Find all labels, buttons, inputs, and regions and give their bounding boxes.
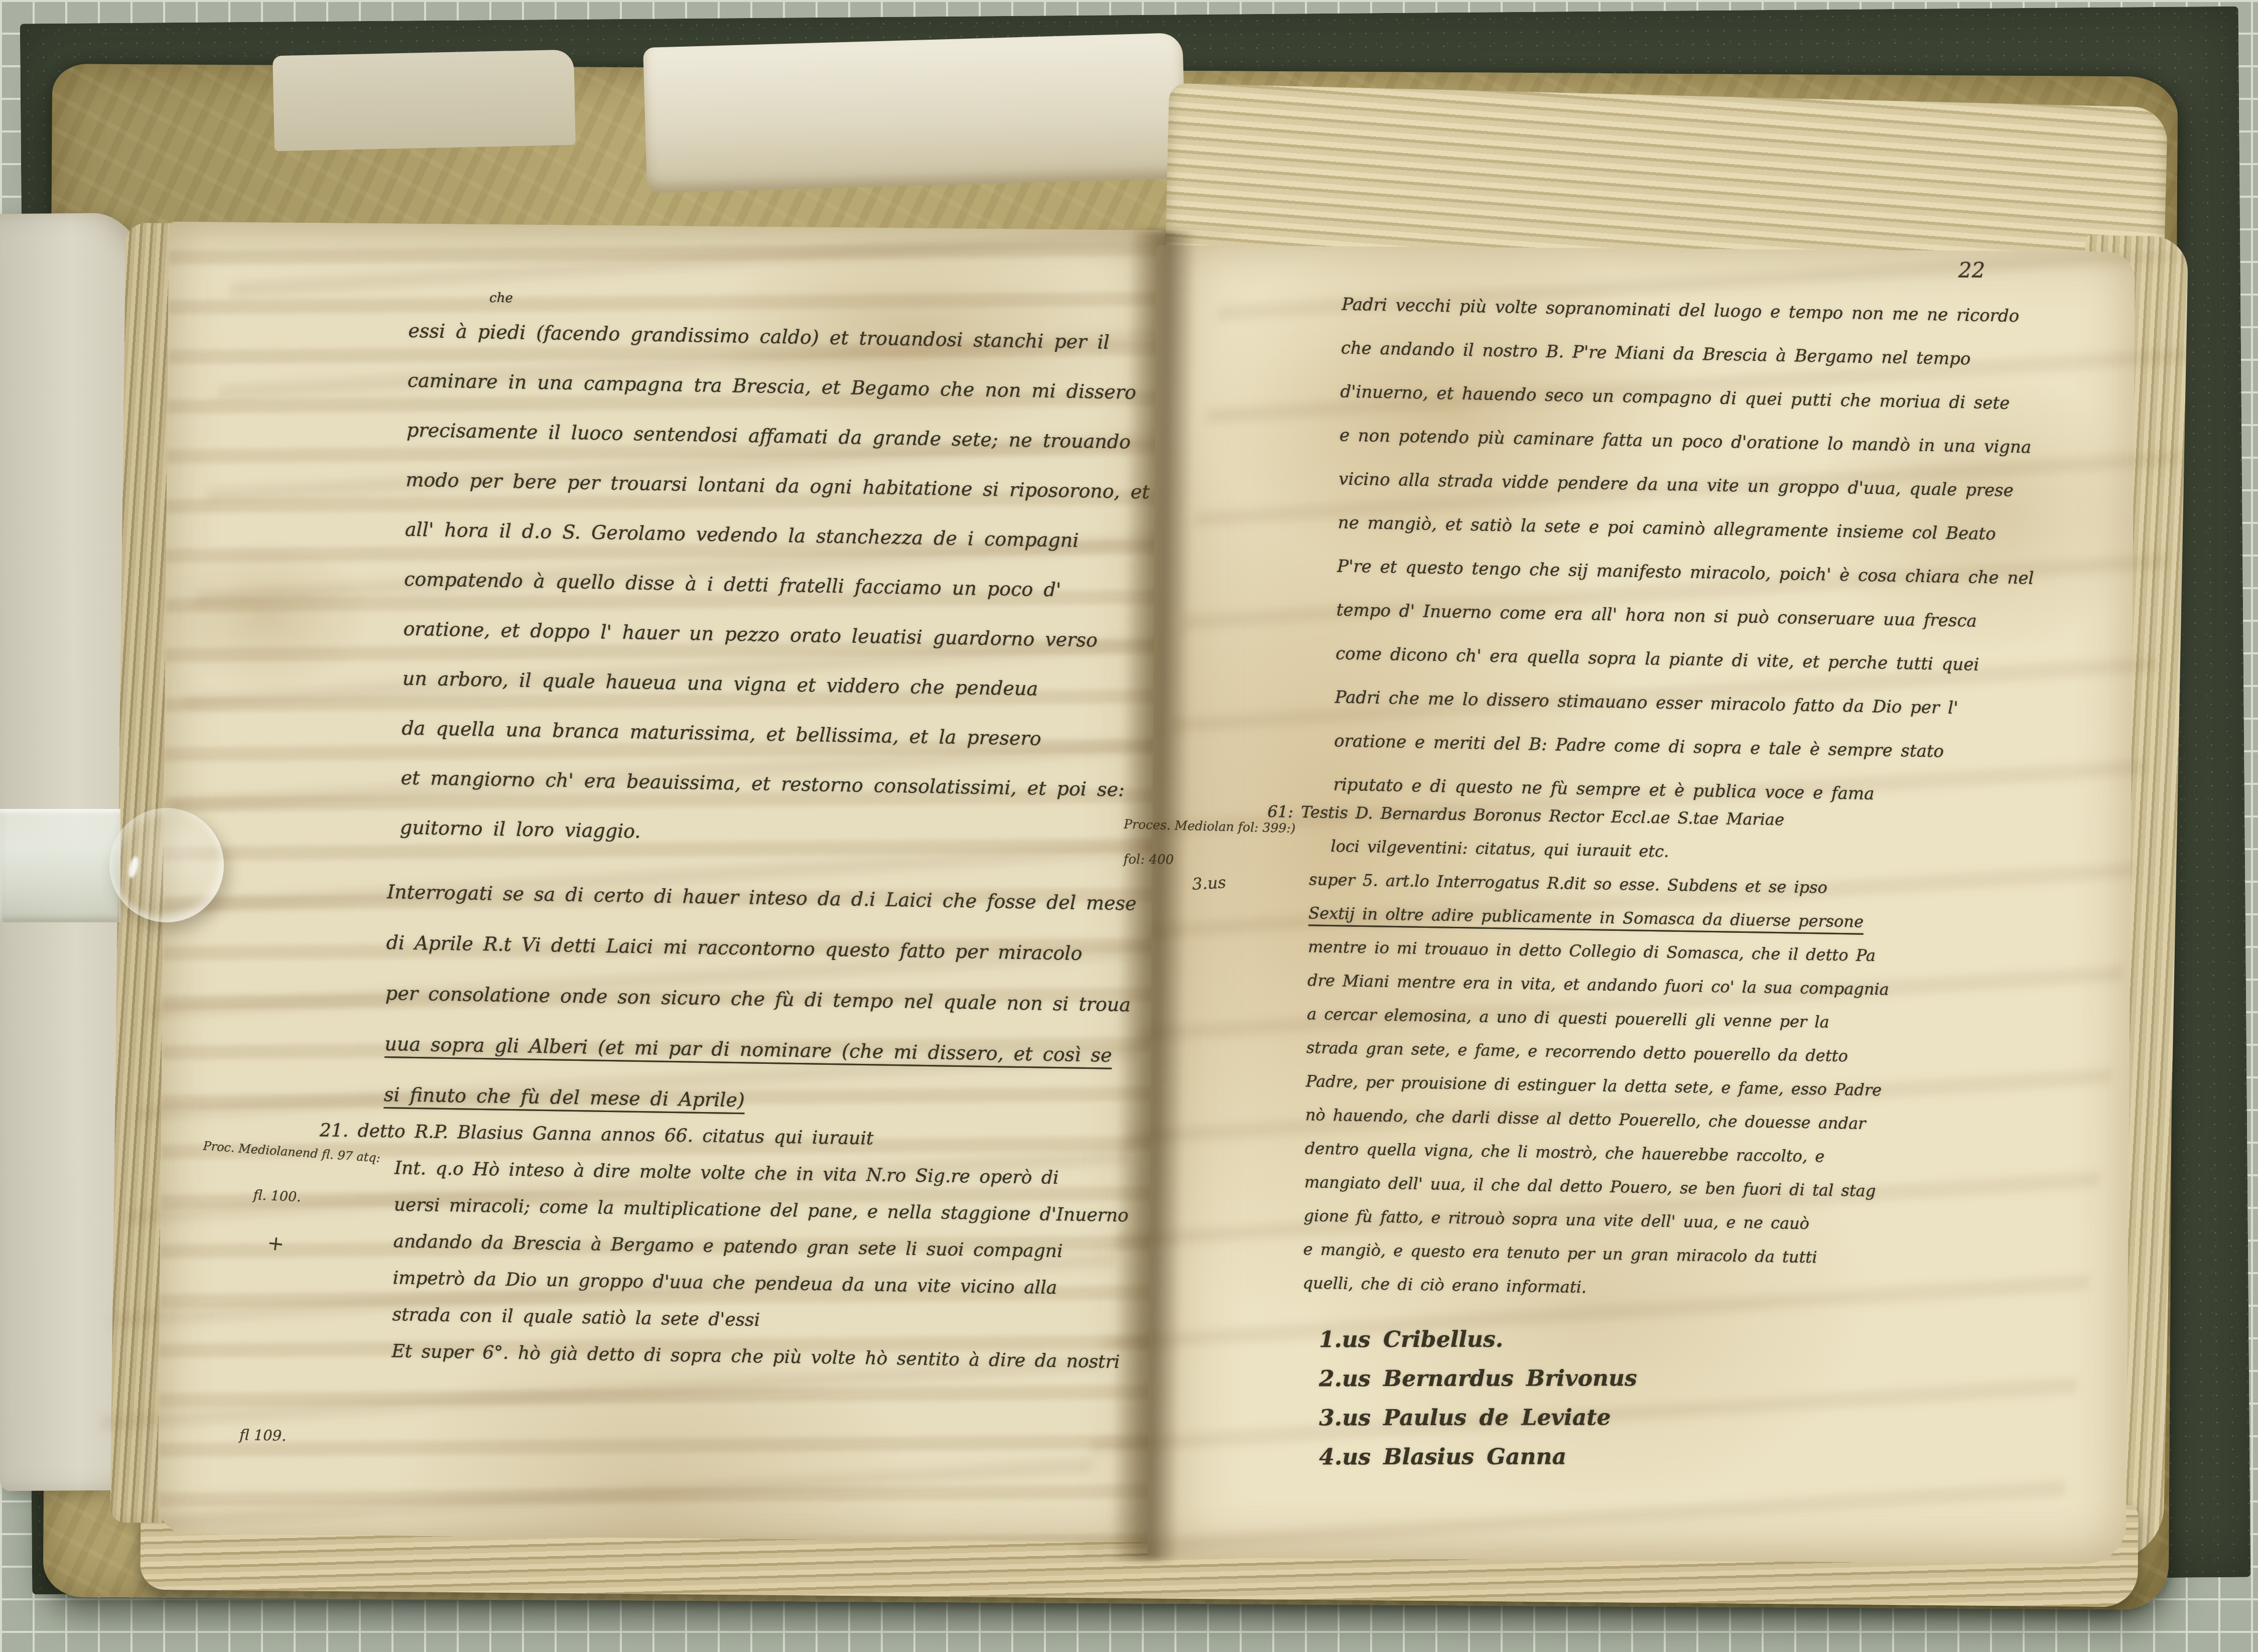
margin-note-fl-100: fl. 100. bbox=[253, 1187, 302, 1205]
signature-line: 2.us Bernardus Brivonus bbox=[1319, 1359, 1637, 1399]
signature-line: 4.us Blasius Ganna bbox=[1319, 1437, 1637, 1477]
witness-signatures: 1.us Cribellus.2.us Bernardus Brivonus3.… bbox=[1319, 1320, 1637, 1477]
right-page-witness-61-block: 61: Testis D. Bernardus Boronus Rector E… bbox=[1302, 795, 1892, 1309]
signature-line: 3.us Paulus de Leviate bbox=[1319, 1398, 1637, 1438]
folio-number: 22 bbox=[1958, 257, 1985, 282]
left-page-paragraph-1: essi à piedi (facendo grandissimo caldo)… bbox=[400, 306, 1152, 865]
left-page-testimony-block: 21. detto R.P. Blasius Ganna annos 66. c… bbox=[316, 1112, 1130, 1381]
glass-weight-dome bbox=[109, 808, 224, 922]
right-page-paragraph-1: Padri vecchi più volte sopranominati del… bbox=[1333, 283, 2039, 819]
right-page: 22 Padri vecchi più volte sopranominati … bbox=[1147, 245, 2135, 1564]
glass-weight-rod bbox=[0, 809, 120, 922]
left-page-paragraph-2: Interrogati se sa di certo di hauer inte… bbox=[383, 867, 1137, 1132]
interlinear-insertion: che bbox=[489, 291, 513, 306]
left-page: che essi à piedi (facendo grandissimo ca… bbox=[158, 221, 1165, 1542]
protruding-sheet-top-left bbox=[273, 50, 576, 152]
protruding-sheets-top-center bbox=[643, 33, 1186, 193]
margin-cross-mark: + bbox=[266, 1231, 286, 1256]
margin-note-fl-109: fl 109. bbox=[239, 1426, 287, 1444]
margin-note-3us: 3.us bbox=[1191, 873, 1227, 894]
signature-line: 1.us Cribellus. bbox=[1319, 1320, 1637, 1359]
manuscript-photo: { "document_type": "bound manuscript vol… bbox=[0, 0, 2258, 1652]
